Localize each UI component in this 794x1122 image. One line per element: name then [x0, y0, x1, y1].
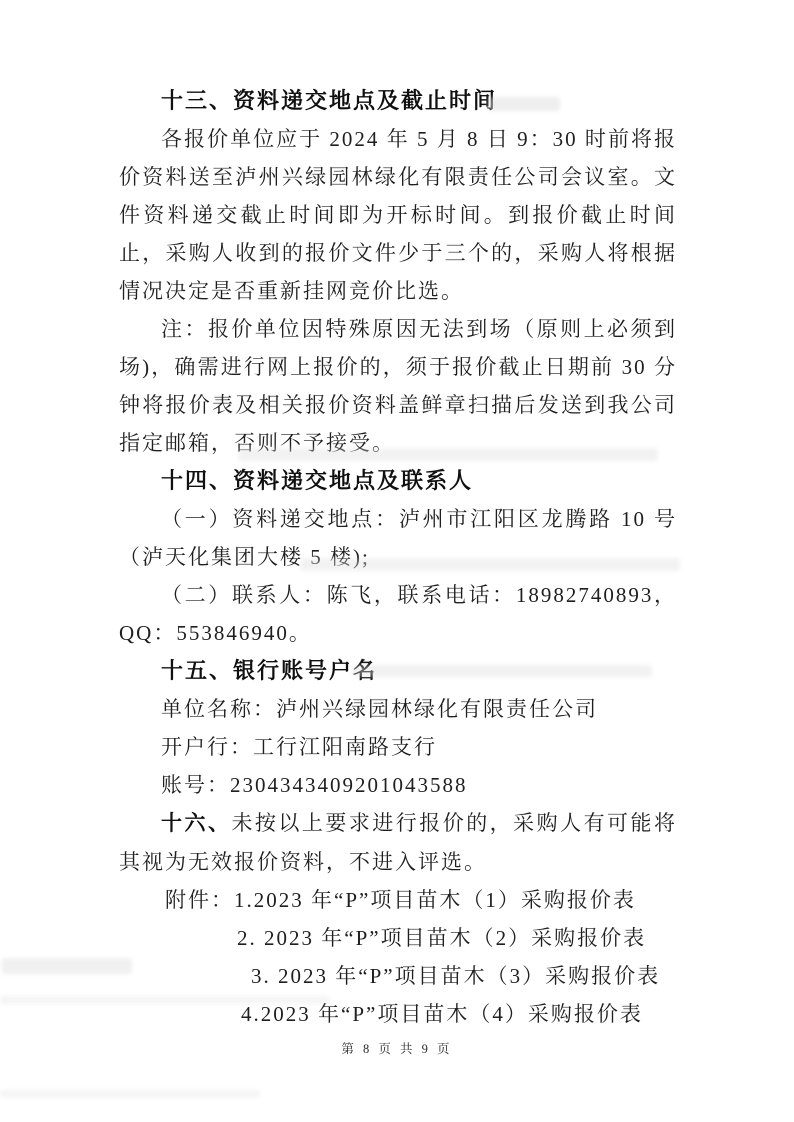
page-number-footer: 第 8 页 共 9 页 [0, 1040, 794, 1058]
section-13-note-paragraph: 注：报价单位因特殊原因无法到场（原则上必须到场)，确需进行网上报价的，须于报价截… [119, 310, 677, 462]
attachment-item-1: 附件：1.2023 年“P”项目苗木（1）采购报价表 [119, 881, 677, 919]
section-13-heading: 十三、资料递交地点及截止时间 [119, 82, 677, 120]
bank-account-number: 账号：2304343409201043588 [119, 766, 677, 804]
section-14-heading: 十四、资料递交地点及联系人 [119, 462, 677, 500]
section-13-paragraph-1: 各报价单位应于 2024 年 5 月 8 日 9：30 时前将报价资料送至泸州兴… [119, 120, 677, 310]
document-page: 十三、资料递交地点及截止时间 各报价单位应于 2024 年 5 月 8 日 9：… [0, 0, 794, 1122]
document-content: 十三、资料递交地点及截止时间 各报价单位应于 2024 年 5 月 8 日 9：… [119, 82, 677, 1033]
section-16-paragraph: 十六、未按以上要求进行报价的，采购人有可能将其视为无效报价资料，不进入评选。 [119, 804, 677, 881]
section-14-contact-info: （二）联系人：陈飞，联系电话：18982740893，QQ：553846940。 [119, 576, 677, 652]
scan-artifact-5 [2, 958, 132, 974]
bank-account-name: 单位名称：泸州兴绿园林绿化有限责任公司 [119, 690, 677, 728]
attachments-label: 附件： [165, 888, 234, 912]
scan-artifact-7 [0, 1090, 260, 1098]
bank-branch: 开户行：工行江阳南路支行 [119, 728, 677, 766]
attachment-item-3: 3. 2023 年“P”项目苗木（3）采购报价表 [251, 957, 677, 995]
section-16-heading-inline: 十六、 [161, 812, 231, 835]
section-15-heading: 十五、银行账号户名 [119, 652, 677, 690]
section-14-delivery-address: （一）资料递交地点：泸州市江阳区龙腾路 10 号（泸天化集团大楼 5 楼); [119, 500, 677, 576]
attachment-item-4: 4.2023 年“P”项目苗木（4）采购报价表 [241, 995, 677, 1033]
attachment-item-2: 2. 2023 年“P”项目苗木（2）采购报价表 [237, 919, 677, 957]
attachment-item-1-text: 1.2023 年“P”项目苗木（1）采购报价表 [234, 888, 636, 912]
